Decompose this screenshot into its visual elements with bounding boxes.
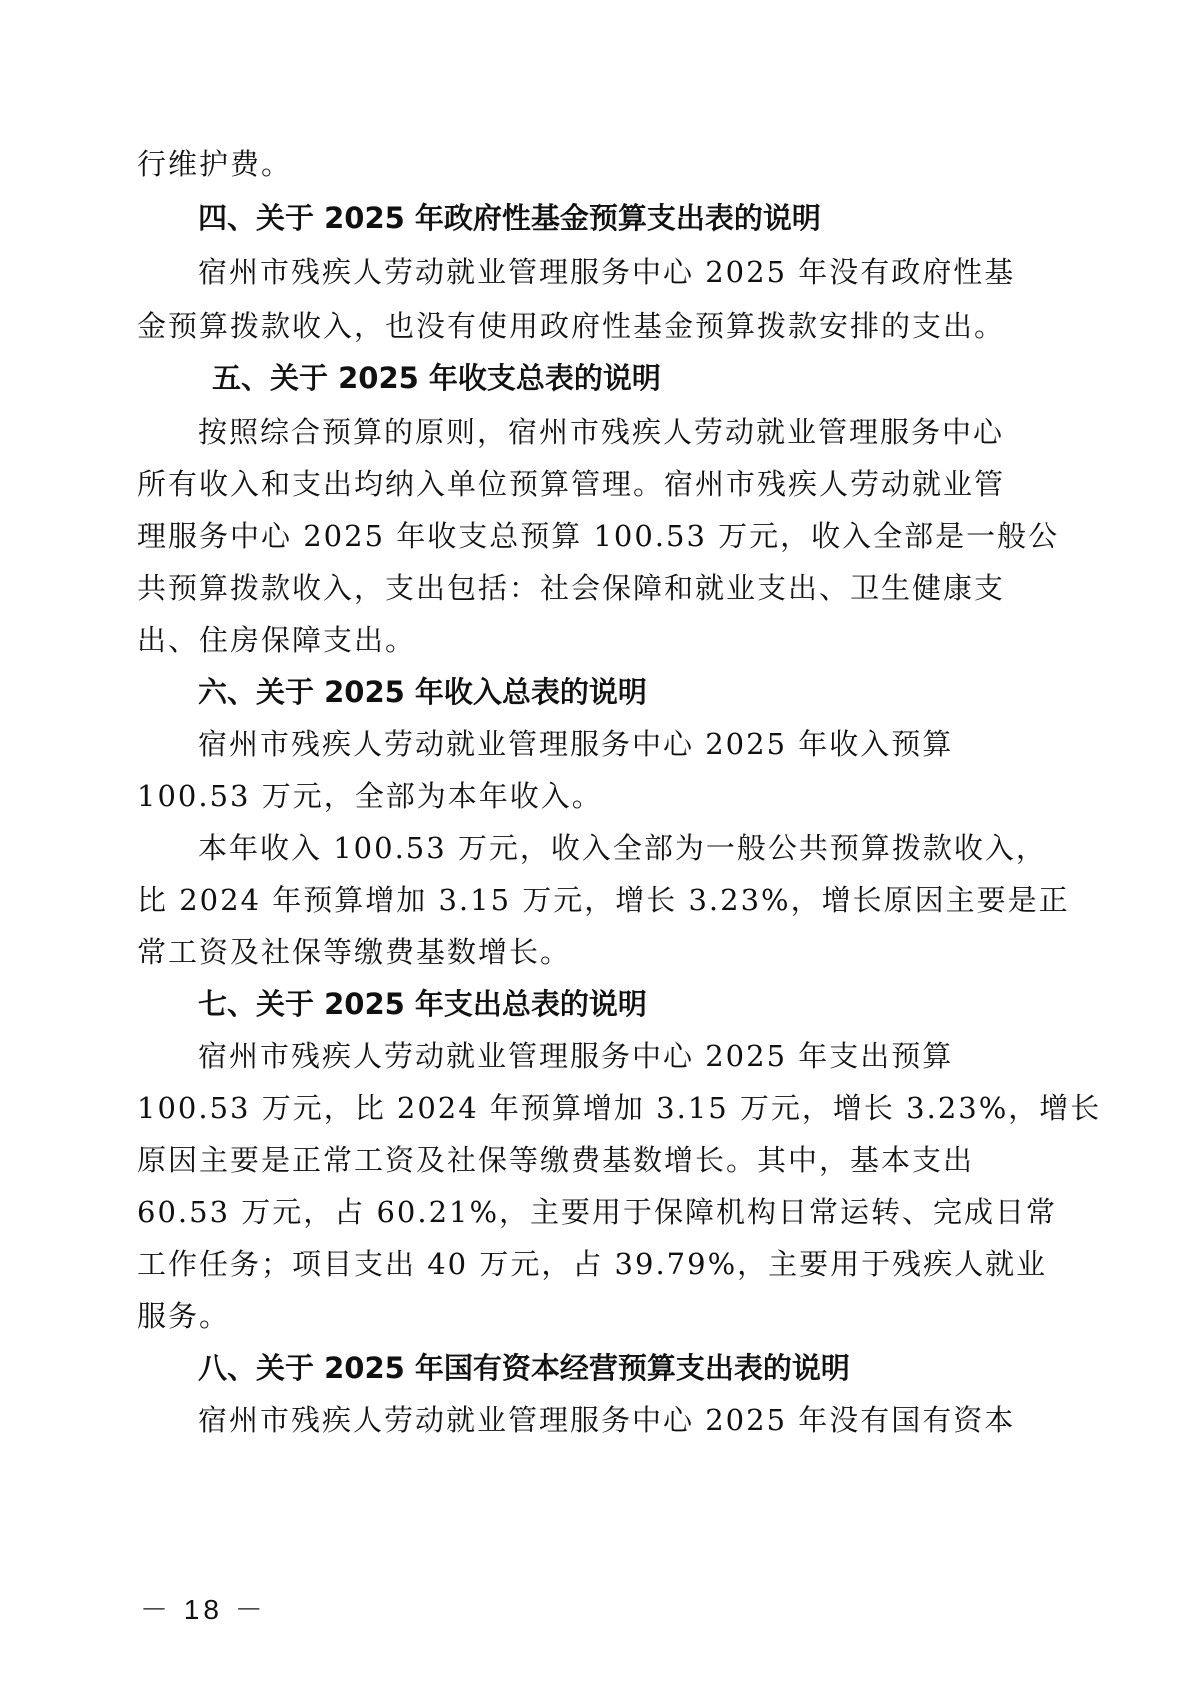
paragraph-line: 100.53 万元，全部为本年收入。: [137, 770, 955, 822]
paragraph-line: 宿州市残疾人劳动就业管理服务中心 2025 年没有政府性基: [198, 246, 955, 298]
page-number: － 18 －: [140, 1590, 267, 1630]
paragraph-line: 常工资及社保等缴费基数增长。: [137, 926, 955, 978]
paragraph-line: 所有收入和支出均纳入单位预算管理。宿州市残疾人劳动就业管: [137, 458, 955, 510]
document-page: 行维护费。 四、关于 2025 年政府性基金预算支出表的说明 宿州市残疾人劳动就…: [0, 0, 1190, 1683]
paragraph-line: 原因主要是正常工资及社保等缴费基数增长。其中，基本支出: [137, 1134, 955, 1186]
paragraph-line: 理服务中心 2025 年收支总预算 100.53 万元，收入全部是一般公: [137, 510, 955, 562]
paragraph-line: 按照综合预算的原则，宿州市残疾人劳动就业管理服务中心: [198, 406, 955, 458]
section-heading-6: 六、关于 2025 年收入总表的说明: [198, 666, 647, 718]
paragraph-line: 共预算拨款收入，支出包括：社会保障和就业支出、卫生健康支: [137, 562, 955, 614]
paragraph-line: 服务。: [137, 1290, 955, 1342]
paragraph-line: 100.53 万元，比 2024 年预算增加 3.15 万元，增长 3.23%，…: [137, 1082, 955, 1134]
paragraph-line: 出、住房保障支出。: [137, 614, 955, 666]
section-heading-7: 七、关于 2025 年支出总表的说明: [198, 978, 647, 1030]
paragraph-line: 60.53 万元，占 60.21%，主要用于保障机构日常运转、完成日常: [137, 1186, 955, 1238]
section-heading-8: 八、关于 2025 年国有资本经营预算支出表的说明: [198, 1342, 850, 1394]
paragraph-line: 工作任务；项目支出 40 万元，占 39.79%，主要用于残疾人就业: [137, 1238, 955, 1290]
paragraph-line: 宿州市残疾人劳动就业管理服务中心 2025 年收入预算: [198, 718, 955, 770]
paragraph-line: 宿州市残疾人劳动就业管理服务中心 2025 年支出预算: [198, 1030, 955, 1082]
paragraph-line: 本年收入 100.53 万元，收入全部为一般公共预算拨款收入，: [198, 822, 955, 874]
paragraph-line: 宿州市残疾人劳动就业管理服务中心 2025 年没有国有资本: [198, 1394, 955, 1446]
paragraph-line: 行维护费。: [137, 138, 955, 190]
section-heading-4: 四、关于 2025 年政府性基金预算支出表的说明: [198, 192, 821, 244]
section-heading-5: 五、关于 2025 年收支总表的说明: [212, 352, 661, 404]
paragraph-line: 比 2024 年预算增加 3.15 万元，增长 3.23%，增长原因主要是正: [137, 874, 955, 926]
paragraph-line: 金预算拨款收入，也没有使用政府性基金预算拨款安排的支出。: [137, 300, 955, 352]
